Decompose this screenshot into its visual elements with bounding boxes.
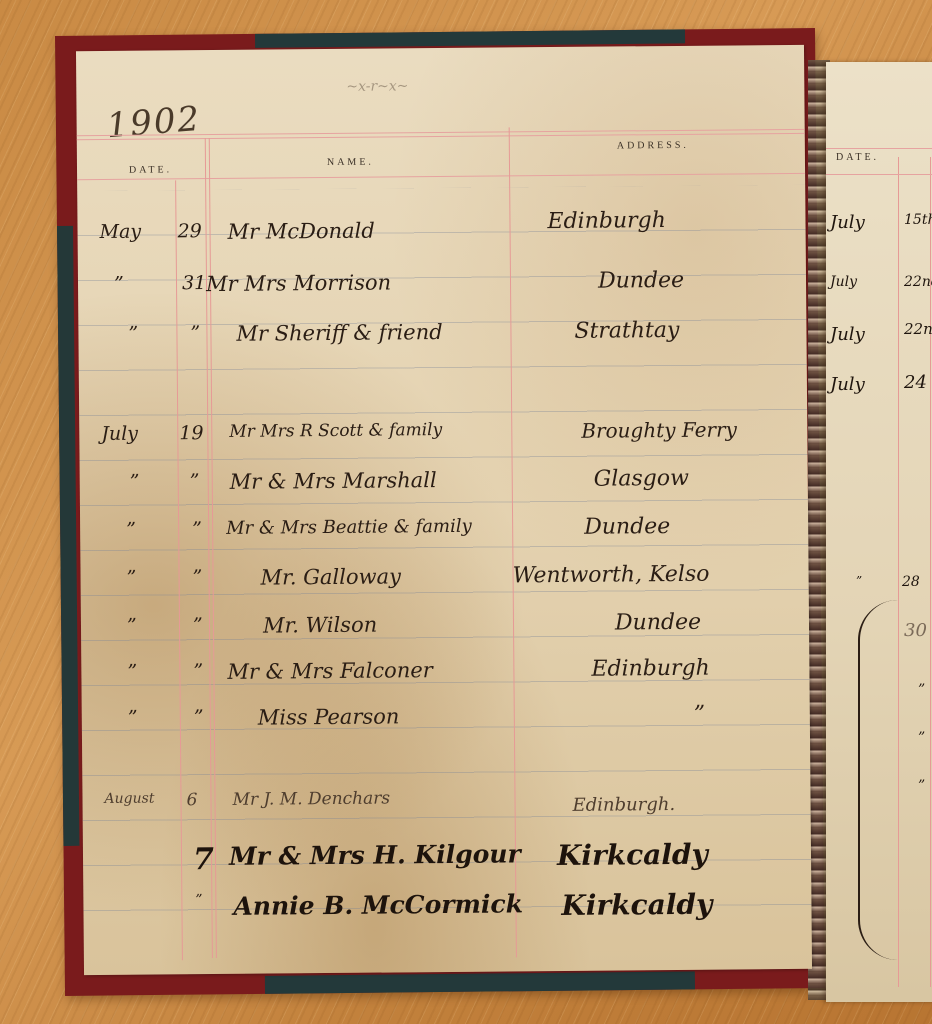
entry-day: ” (195, 892, 202, 908)
register-entry: ” Annie B. McCormick Kirkcaldy (83, 887, 811, 937)
entry-month: ” (128, 707, 138, 729)
pencil-scribble: ~x-r~x~ (346, 78, 408, 95)
entry-name: Mr & Mrs Falconer (227, 658, 433, 684)
entry-day: ” (192, 566, 202, 588)
entry-month: ” (127, 615, 137, 637)
cover-binding-top (255, 29, 685, 48)
register-entry: August 6 Mr J. M. Denchars Edinburgh. (82, 785, 810, 835)
register-entry: ” ” Mr. Wilson Dundee (81, 609, 809, 659)
entry-day: ” (193, 614, 203, 636)
register-entry: 7 Mr & Mrs H. Kilgour Kirkcaldy (83, 837, 811, 887)
entry-day: 31 (182, 272, 206, 294)
cover-binding-spine (57, 226, 79, 846)
entry-day: 19 (179, 422, 203, 444)
entry-name: Mr Sheriff & friend (236, 320, 442, 346)
entry-month: ” (127, 661, 137, 683)
facing-day: ” (918, 682, 925, 698)
facing-month: July (830, 274, 857, 290)
date-column-header: DATE. (129, 164, 172, 175)
facing-header-rule-2 (826, 174, 932, 175)
register-entry: July 19 Mr Mrs R Scott & family Broughty… (79, 417, 807, 467)
facing-day: ” (918, 778, 925, 794)
entry-day: 29 (177, 220, 201, 242)
register-entry: ” ” Mr & Mrs Falconer Edinburgh (81, 655, 809, 705)
entry-name: Mr & Mrs Beattie & family (226, 516, 472, 539)
address-column-header: ADDRESS. (617, 140, 689, 152)
entry-month: August (104, 791, 154, 807)
entry-name: Mr J. M. Denchars (232, 788, 390, 809)
facing-month: July (830, 374, 865, 395)
facing-day: 24 (904, 372, 927, 393)
entry-day: ” (192, 518, 202, 540)
ledger-page: 1902 ~x-r~x~ DATE. NAME. ADDRESS. May 29… (76, 45, 812, 975)
facing-day: 22nd (904, 320, 932, 338)
entry-address: Edinburgh (591, 656, 710, 682)
entry-address: Edinburgh. (572, 794, 675, 816)
register-entry: ” ” Mr Sheriff & friend Strathtay (78, 317, 806, 367)
entry-month: ” (130, 471, 140, 493)
cover-binding-bottom (265, 971, 695, 994)
entry-name: Mr. Wilson (263, 613, 377, 638)
entry-address: Dundee (598, 268, 684, 294)
register-entry: ” ” Mr. Galloway Wentworth, Kelso (80, 561, 808, 611)
entry-month: ” (126, 519, 136, 541)
facing-day: 30 (904, 620, 927, 641)
register-entry: ” ” Mr & Mrs Beattie & family Dundee (80, 513, 808, 563)
entry-address: Kirkcaldy (557, 838, 708, 872)
entry-month: July (101, 423, 138, 445)
facing-day: 22nd (904, 274, 932, 290)
facing-header-rule (826, 148, 932, 149)
facing-month: ” (856, 574, 862, 588)
entry-name: Mr & Mrs H. Kilgour (229, 839, 521, 871)
register-entry: ” ” Miss Pearson ” (82, 701, 810, 751)
facing-date-header: DATE. (836, 152, 879, 163)
bracket-mark (858, 600, 900, 960)
entry-month: ” (114, 273, 124, 295)
facing-month: July (830, 212, 865, 233)
entry-day: 7 (193, 842, 214, 877)
entry-month: May (99, 221, 141, 243)
entry-address: Strathtay (574, 318, 679, 344)
entry-day: ” (194, 706, 204, 728)
facing-month: July (830, 324, 865, 345)
entry-address: Dundee (615, 610, 701, 636)
entry-address: Wentworth, Kelso (512, 562, 709, 589)
entry-name: Miss Pearson (258, 704, 400, 729)
facing-day: 15th (904, 212, 932, 228)
entry-address: Broughty Ferry (581, 417, 737, 442)
register-entry: ” 31 Mr Mrs Morrison Dundee (78, 267, 806, 317)
entry-day: ” (190, 322, 200, 344)
entry-day: 6 (186, 790, 197, 810)
entry-name: Annie B. McCormick (233, 889, 523, 921)
entry-name: Mr Mrs R Scott & family (229, 420, 442, 442)
entry-name: Mr & Mrs Marshall (230, 468, 437, 494)
entry-name: Mr. Galloway (260, 564, 401, 589)
entry-name: Mr McDonald (227, 219, 374, 244)
entry-month: ” (128, 323, 138, 345)
header-bottom-rule (77, 173, 805, 180)
entry-month: ” (126, 567, 136, 589)
year-heading: 1902 (105, 99, 202, 146)
entry-day: ” (190, 470, 200, 492)
facing-day: ” (918, 730, 925, 746)
entry-address: Edinburgh (547, 208, 666, 234)
register-entry: ” ” Mr & Mrs Marshall Glasgow (80, 465, 808, 515)
entry-address: Dundee (584, 514, 670, 540)
entry-day: ” (193, 660, 203, 682)
facing-day: 28 (902, 574, 920, 590)
entry-address: Kirkcaldy (561, 888, 712, 922)
register-entry: May 29 Mr McDonald Edinburgh (77, 215, 805, 265)
entry-address: ” (694, 702, 705, 727)
entry-name: Mr Mrs Morrison (206, 270, 391, 296)
entry-address: Glasgow (594, 466, 689, 492)
name-column-header: NAME. (327, 157, 374, 168)
